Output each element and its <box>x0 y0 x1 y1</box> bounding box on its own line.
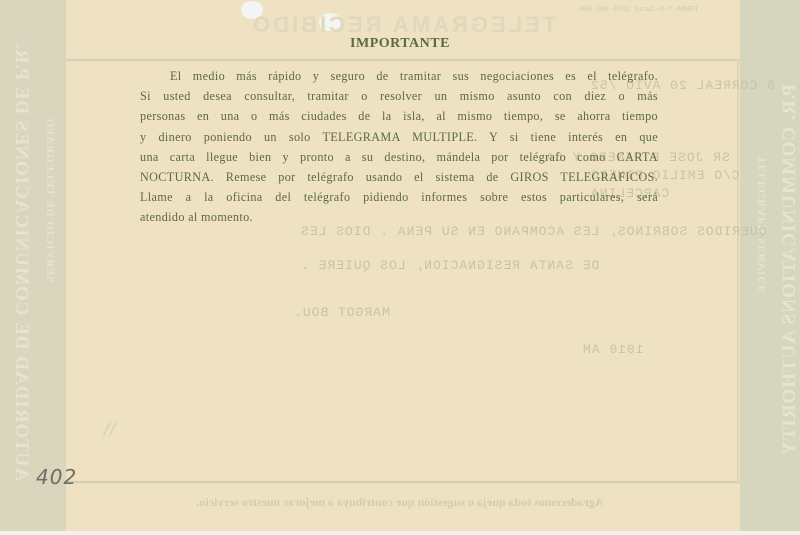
left-band-service-text: SERVICIO DE TELEGRAFO <box>44 118 56 283</box>
showthrough-message-2: DE SANTA RESIGNACION, LOS QUIERE . <box>300 258 599 273</box>
notice-body: El medio más rápido y seguro de tramitar… <box>140 66 658 228</box>
top-rule <box>66 59 740 62</box>
showthrough-header: TELEGRAMA RECIBIDO <box>250 12 556 38</box>
telegram-form-back: AUTORIDAD DE COMUNICACIONES DE P.R. SERV… <box>0 0 800 531</box>
right-frame-line <box>737 59 739 484</box>
body-line: El medio más rápido y seguro de tramitar… <box>140 66 658 86</box>
body-line: Si usted desea consultar, tramitar o res… <box>140 86 658 106</box>
scan-bottom-edge <box>0 531 800 535</box>
left-band-authority-text: AUTORIDAD DE COMUNICACIONES DE P.R. <box>10 43 32 481</box>
body-line: personas en una o más ciudades de la isl… <box>140 106 658 126</box>
showthrough-time: 1010 AM <box>582 342 644 357</box>
notice-title: IMPORTANTE <box>0 36 800 52</box>
handwritten-number: 402 <box>36 465 77 489</box>
handwritten-mark: // <box>104 418 116 439</box>
showthrough-signature: MARGOT BOU. <box>293 305 390 320</box>
right-band-authority-text: P.R. COMMUNICATIONS AUTHORITY <box>779 84 800 456</box>
left-side-band: AUTORIDAD DE COMUNICACIONES DE P.R. SERV… <box>0 0 66 531</box>
showthrough-form-code: FORMA T-5-Junio 1953-100,000 <box>580 6 698 14</box>
body-line: y dinero poniendo un solo TELEGRAMA MULT… <box>140 127 658 147</box>
bottom-rule <box>66 481 740 484</box>
body-line: atendido al momento. <box>140 207 658 227</box>
body-line: NOCTURNA. Remese por telégrafo usando el… <box>140 167 658 187</box>
body-line: una carta llegue bien y pronto a su dest… <box>140 147 658 167</box>
showthrough-footer-notice: Agradecemos toda queja o sugestión que c… <box>0 495 800 510</box>
body-line: Llame a la oficina del telégrafo pidiend… <box>140 187 658 207</box>
